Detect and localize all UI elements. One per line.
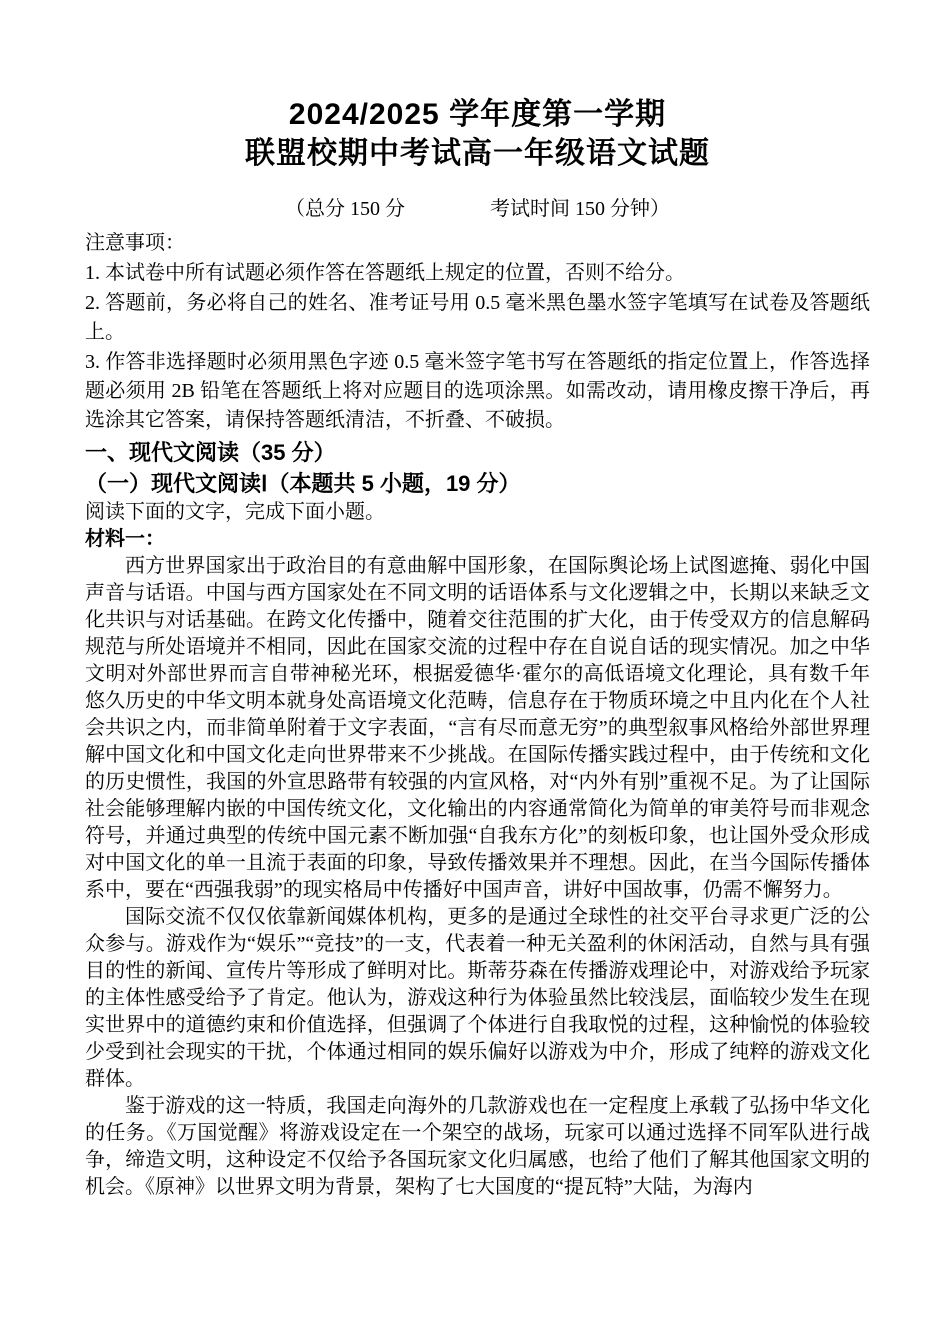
exam-duration-label: 考试时间 150 分钟） [490, 198, 670, 220]
exam-paper-page: 2024/2025 学年度第一学期 联盟校期中考试高一年级语文试题 （总分 15… [0, 0, 950, 1342]
passage-paragraph-1: 西方世界国家出于政治目的有意曲解中国形象，在国际舆论场上试图遮掩、弱化中国声音与… [85, 553, 870, 904]
exam-title-line-1: 2024/2025 学年度第一学期 [85, 95, 870, 134]
subsection-one-heading: （一）现代文阅读Ⅰ（本题共 5 小题，19 分） [85, 468, 870, 499]
notices-heading: 注意事项： [85, 229, 870, 258]
notice-item-3: 3. 作答非选择题时必须用黑色字迹 0.5 毫米签字笔书写在答题纸的指定位置上，… [85, 348, 870, 435]
part-one-heading: 一、现代文阅读（35 分） [85, 437, 870, 468]
notices-section: 注意事项： 1. 本试卷中所有试题必须作答在答题纸上规定的位置，否则不给分。 2… [85, 229, 870, 435]
exam-header: 2024/2025 学年度第一学期 联盟校期中考试高一年级语文试题 （总分 15… [85, 95, 870, 223]
notice-item-1: 1. 本试卷中所有试题必须作答在答题纸上规定的位置，否则不给分。 [85, 259, 870, 288]
material-one-label: 材料一： [85, 526, 870, 553]
passage-paragraph-3: 鉴于游戏的这一特质，我国走向海外的几款游戏也在一定程度上承载了弘扬中华文化的任务… [85, 1093, 870, 1201]
total-score-label: （总分 150 分 [285, 198, 405, 220]
exam-meta-line: （总分 150 分 考试时间 150 分钟） [85, 195, 870, 223]
passage-paragraph-2: 国际交流不仅仅依靠新闻媒体机构，更多的是通过全球性的社交平台寻求更广泛的公众参与… [85, 904, 870, 1093]
exam-title-line-2: 联盟校期中考试高一年级语文试题 [85, 134, 870, 173]
notice-item-2: 2. 答题前，务必将自己的姓名、准考证号用 0.5 毫米黑色墨水签字笔填写在试卷… [85, 289, 870, 347]
exam-content-section: 一、现代文阅读（35 分） （一）现代文阅读Ⅰ（本题共 5 小题，19 分） 阅… [85, 437, 870, 1201]
reading-instruction: 阅读下面的文字，完成下面小题。 [85, 499, 870, 526]
